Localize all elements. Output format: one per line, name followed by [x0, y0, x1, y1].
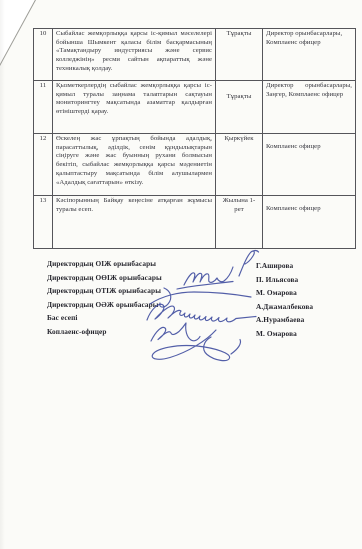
signatory-title: Бас есепі	[47, 311, 212, 325]
signatory-title: Директордың ОІЖ орынбасары	[47, 257, 212, 271]
table-row: 10 Сыбайлас жемқорлыққа қарсы іс-қимыл м…	[34, 29, 356, 81]
row-number-cell: 12	[34, 134, 53, 196]
scan-edge-shadow	[0, 0, 5, 549]
table-row: 11 Қызметкерлердің сыбайлас жемқорлыққа …	[34, 81, 356, 134]
anticorruption-plan-table: 10 Сыбайлас жемқорлыққа қарсы іс-қимыл м…	[33, 28, 356, 249]
signatory-titles-list: Директордың ОІЖ орынбасары Директордың О…	[47, 257, 212, 339]
row-number-cell: 11	[34, 81, 53, 134]
frequency-cell: Тұрақты	[216, 81, 263, 134]
signatory-name: М. Омарова	[256, 327, 358, 341]
frequency-cell: Тұрақты	[216, 29, 263, 81]
responsible-cell: Комплаенс офицер	[263, 134, 356, 196]
activity-cell: Өскелең жас ұрпақтың бойында адалдық, па…	[53, 134, 216, 196]
scanned-document-page: 10 Сыбайлас жемқорлыққа қарсы іс-қимыл м…	[0, 0, 362, 549]
signatory-name: А.Джамалбекова	[256, 300, 358, 314]
responsible-cell: Директор орынбасарлары, Заңгер, Комплаен…	[263, 81, 356, 134]
table-row: 12 Өскелең жас ұрпақтың бойында адалдық,…	[34, 134, 356, 196]
table-row: 13 Кәсіпорынның Байқау кеңесіне атқарған…	[34, 196, 356, 249]
row-number-cell: 13	[34, 196, 53, 249]
signatory-names-list: Г.Аширова П. Ильясова М. Омарова А.Джама…	[256, 259, 358, 340]
signatory-title: Директордың ОТІЖ орынбасары	[47, 284, 212, 298]
responsible-cell: Директор орынбасарлары, Комплаенс офицер	[263, 29, 356, 81]
signatory-title: Директордың ОӨІЖ орынбасары	[47, 271, 212, 285]
frequency-cell: Қыркүйек	[216, 134, 263, 196]
signatory-name: М. Омарова	[256, 286, 358, 300]
frequency-cell: Жылына 1-рет	[216, 196, 263, 249]
activity-cell: Кәсіпорынның Байқау кеңесіне атқарған жұ…	[53, 196, 216, 249]
signatory-name: Г.Аширова	[256, 259, 358, 273]
row-number-cell: 10	[34, 29, 53, 81]
signatory-title: Директордың ОӘЖ орынбасары	[47, 298, 212, 312]
responsible-cell: Комплаенс офицер	[263, 196, 356, 249]
activity-cell: Сыбайлас жемқорлыққа қарсы іс-қимыл мәсе…	[53, 29, 216, 81]
signatory-name: П. Ильясова	[256, 273, 358, 287]
activity-cell: Қызметкерлердің сыбайлас жемқорлыққа қар…	[53, 81, 216, 134]
signatory-title: Коплаенс-офицер	[47, 325, 212, 339]
signatory-name: А.Нурамбаева	[256, 313, 358, 327]
